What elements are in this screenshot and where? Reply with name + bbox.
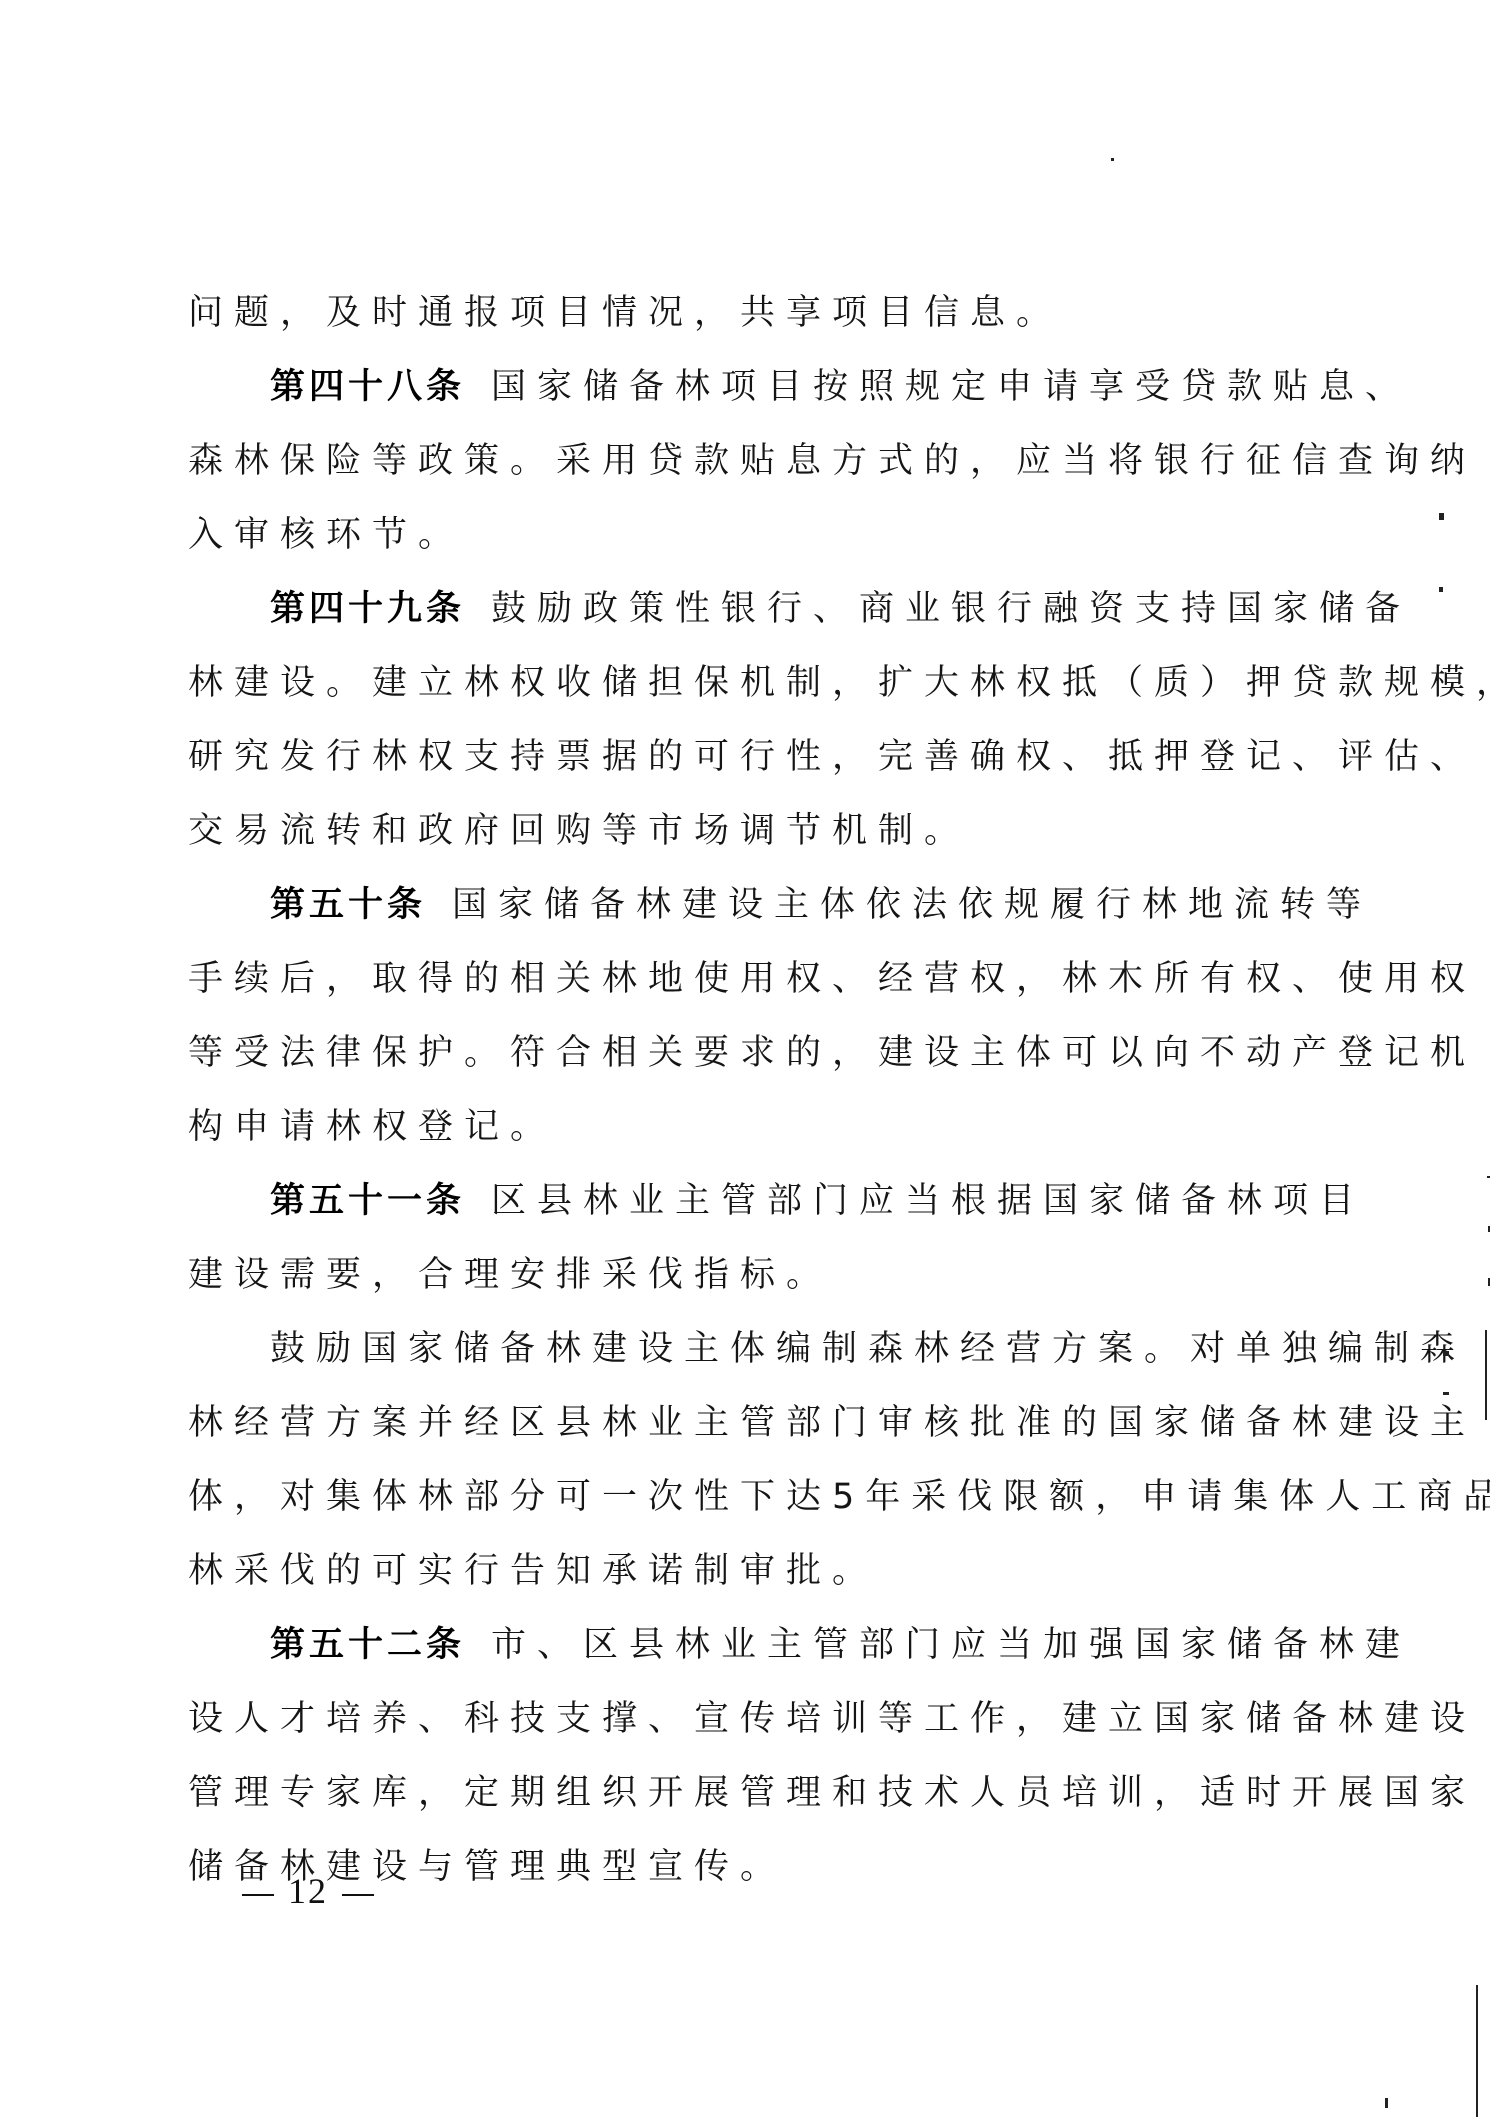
paragraph-line: 体，对集体林部分可一次性下达5年采伐限额，申请集体人工商品 <box>188 1460 1298 1534</box>
body-text: 问题，及时通报项目情况，共享项目信息。 第四十八条国家储备林项目按照规定申请享受… <box>188 276 1298 1904</box>
article-number: 第四十八条 <box>270 367 465 407</box>
paragraph-line: 管理专家库，定期组织开展管理和技术人员培训，适时开展国家 <box>188 1756 1298 1830</box>
dash-right <box>342 1894 374 1896</box>
paragraph-line: 等受法律保护。符合相关要求的，建设主体可以向不动产登记机 <box>188 1016 1298 1090</box>
paragraph-line: 林建设。建立林权收储担保机制，扩大林权抵（质）押贷款规模， <box>188 646 1298 720</box>
paragraph-line: 森林保险等政策。采用贷款贴息方式的，应当将银行征信查询纳 <box>188 424 1298 498</box>
article-text: 鼓励政策性银行、商业银行融资支持国家储备 <box>491 589 1411 629</box>
article-number: 第五十一条 <box>270 1181 465 1221</box>
paragraph-line: 建设需要，合理安排采伐指标。 <box>188 1238 1298 1312</box>
paragraph-line: 问题，及时通报项目情况，共享项目信息。 <box>188 276 1298 350</box>
article-number: 第五十条 <box>270 885 426 925</box>
article-51-line: 第五十一条区县林业主管部门应当根据国家储备林项目 <box>188 1164 1298 1238</box>
scan-edge-line <box>1476 1985 1478 2117</box>
page-number-value: 12 <box>288 1871 328 1911</box>
article-number: 第五十二条 <box>270 1625 465 1665</box>
paragraph-line: 设人才培养、科技支撑、宣传培训等工作，建立国家储备林建设 <box>188 1682 1298 1756</box>
paragraph-line: 林经营方案并经区县林业主管部门审核批准的国家储备林建设主 <box>188 1386 1298 1460</box>
scan-speck <box>1443 1351 1449 1356</box>
page-number: 12 <box>228 1870 388 1912</box>
dash-left <box>242 1894 274 1896</box>
paragraph-line: 林采伐的可实行告知承诺制审批。 <box>188 1534 1298 1608</box>
paragraph-line: 手续后，取得的相关林地使用权、经营权，林木所有权、使用权 <box>188 942 1298 1016</box>
document-page: 问题，及时通报项目情况，共享项目信息。 第四十八条国家储备林项目按照规定申请享受… <box>0 0 1490 2117</box>
article-49-line: 第四十九条鼓励政策性银行、商业银行融资支持国家储备 <box>188 572 1298 646</box>
scan-speck <box>1439 513 1444 520</box>
paragraph-line: 交易流转和政府回购等市场调节机制。 <box>188 794 1298 868</box>
article-text: 市、区县林业主管部门应当加强国家储备林建 <box>491 1625 1411 1665</box>
article-text: 国家储备林项目按照规定申请享受贷款贴息、 <box>491 367 1411 407</box>
article-50-line: 第五十条国家储备林建设主体依法依规履行林地流转等 <box>188 868 1298 942</box>
scan-speck <box>1111 158 1114 161</box>
article-text: 区县林业主管部门应当根据国家储备林项目 <box>491 1181 1365 1221</box>
article-52-line: 第五十二条市、区县林业主管部门应当加强国家储备林建 <box>188 1608 1298 1682</box>
article-number: 第四十九条 <box>270 589 465 629</box>
article-text: 国家储备林建设主体依法依规履行林地流转等 <box>452 885 1372 925</box>
paragraph-line: 构申请林权登记。 <box>188 1090 1298 1164</box>
scan-edge-line <box>1485 1330 1487 1420</box>
paragraph-line: 研究发行林权支持票据的可行性，完善确权、抵押登记、评估、 <box>188 720 1298 794</box>
scan-speck <box>1443 1392 1449 1395</box>
article-48-line: 第四十八条国家储备林项目按照规定申请享受贷款贴息、 <box>188 350 1298 424</box>
scan-speck <box>1385 2098 1388 2108</box>
paragraph-line: 鼓励国家储备林建设主体编制森林经营方案。对单独编制森 <box>188 1312 1298 1386</box>
scan-speck <box>1439 587 1443 592</box>
paragraph-line: 入审核环节。 <box>188 498 1298 572</box>
